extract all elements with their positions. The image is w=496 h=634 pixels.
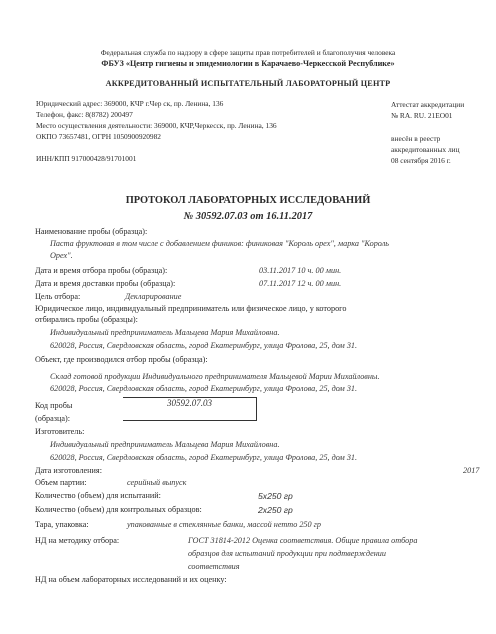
okpo-ogrn: ОКПО 73657481, ОГРН 1050900920982 (36, 132, 161, 141)
purpose-value: Декларирование (125, 292, 181, 301)
production-date-value: 2017 (463, 466, 479, 475)
scope-label: НД на объем лабораторных исследований и … (35, 575, 227, 584)
site-label: Объект, где производился отбор пробы (об… (35, 355, 208, 364)
accreditation-date: 08 сентября 2016 г. (391, 156, 451, 165)
code-label-2: (образца): (35, 414, 70, 423)
accreditation-line-1: Аттестат аккредитации (391, 100, 464, 109)
manufacturer-value-2: 620028, Россия, Свердловская область, го… (50, 453, 357, 462)
sample-code-box: 30592.07.03 (123, 397, 257, 421)
test-qty-label: Количество (объем) для испытаний: (35, 491, 161, 500)
method-value-1: ГОСТ 31814-2012 Оценка соответствия. Общ… (188, 536, 417, 545)
control-qty-label: Количество (объем) для контрольных образ… (35, 505, 202, 514)
accreditation-line-3: внесён в реестр (391, 134, 440, 143)
agency-name: Федеральная служба по надзору в сфере за… (0, 48, 496, 57)
method-value-2: образцов для испытаний продукции при под… (188, 549, 386, 558)
manufacturer-value-1: Индивидуальный предприниматель Мальцева … (50, 440, 280, 449)
sample-name-label: Наименование пробы (образца): (35, 227, 147, 236)
batch-label: Объем партии: (35, 478, 87, 487)
accreditation-line-4: аккредитованных лиц (391, 145, 460, 154)
protocol-title: ПРОТОКОЛ ЛАБОРАТОРНЫХ ИССЛЕДОВАНИЙ (0, 195, 496, 206)
sampling-datetime-label: Дата и время отбора пробы (образца): (35, 266, 167, 275)
sample-name-value-1: Паста фруктовая в том числе с добавление… (50, 239, 389, 248)
method-label: НД на методику отбора: (35, 536, 119, 545)
entity-label-1: Юридическое лицо, индивидуальный предпри… (35, 304, 346, 313)
entity-label-2: отбирались пробы (образцы): (35, 315, 138, 324)
purpose-label: Цель отбора: (35, 292, 80, 301)
batch-value: серийный выпуск (127, 478, 186, 487)
test-qty-value: 5х250 гр (258, 491, 293, 501)
sampling-datetime-value: 03.11.2017 10 ч. 00 мин. (259, 266, 341, 275)
legal-address: Юридический адрес: 369000, КЧР г.Чер ск,… (36, 99, 223, 108)
sample-code-value: 30592.07.03 (123, 398, 256, 408)
package-value: упакованные в стеклянные банки, массой н… (127, 520, 321, 529)
control-qty-value: 2х250 гр (258, 505, 293, 515)
delivery-datetime-label: Дата и время доставки пробы (образца): (35, 279, 175, 288)
protocol-number: № 30592.07.03 от 16.11.2017 (0, 211, 496, 222)
sample-name-value-2: Орех". (50, 251, 73, 260)
package-label: Тара, упаковка: (35, 520, 89, 529)
site-value-2: 620028, Россия, Свердловская область, го… (50, 384, 357, 393)
organization-name: ФБУЗ «Центр гигиены и эпидемиологии в Ка… (0, 59, 496, 68)
activity-address: Место осуществления деятельности: 369000… (36, 121, 277, 130)
accreditation-number: № RA. RU. 21ЕО01 (391, 111, 452, 120)
production-date-label: Дата изготовления: (35, 466, 102, 475)
phone-fax: Телефон, факс: 8(8782) 200497 (36, 110, 133, 119)
code-label-1: Код пробы (35, 401, 72, 410)
site-value-1: Склад готовой продукции Индивидуального … (50, 372, 380, 381)
method-value-3: соответствия (188, 562, 240, 571)
entity-value-2: 620028, Россия, Свердловская область, го… (50, 341, 357, 350)
center-title: АККРЕДИТОВАННЫЙ ИСПЫТАТЕЛЬНЫЙ ЛАБОРАТОРН… (0, 79, 496, 88)
entity-value-1: Индивидуальный предприниматель Мальцева … (50, 328, 280, 337)
delivery-datetime-value: 07.11.2017 12 ч. 00 мин. (259, 279, 341, 288)
inn-kpp: ИНН/КПП 917000428/91701001 (36, 154, 136, 163)
manufacturer-label: Изготовитель: (35, 427, 84, 436)
